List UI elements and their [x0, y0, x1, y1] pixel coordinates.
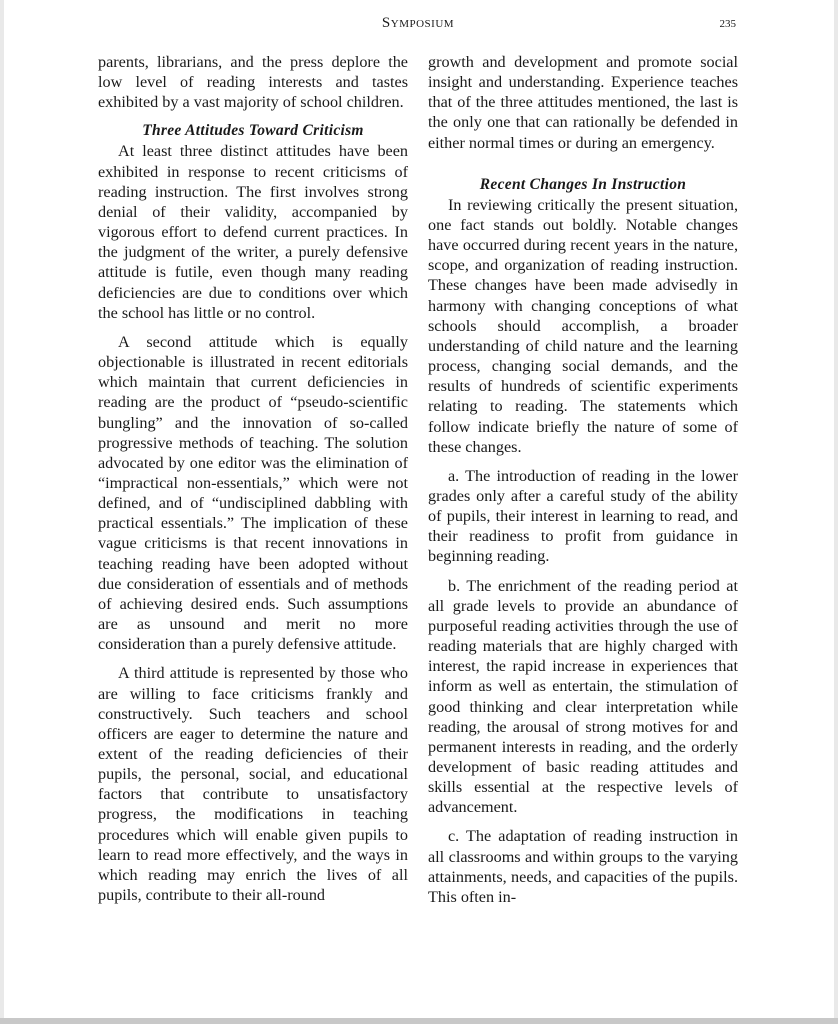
paragraph-recent-changes: In reviewing critically the present situ… [428, 195, 738, 457]
list-item-b: b. The enrichment of the reading period … [428, 576, 738, 818]
viewer-left-border [0, 0, 4, 1024]
section-heading-three-attitudes: Three Attitudes Toward Criticism [98, 121, 408, 141]
paragraph-first-attitude: At least three distinct attitudes have b… [98, 141, 408, 322]
list-item-a: a. The introduction of reading in the lo… [428, 466, 738, 567]
paragraph-third-attitude: A third attitude is represented by those… [98, 663, 408, 905]
page-number: 235 [720, 18, 737, 30]
paragraph-continued: growth and development and promote socia… [428, 52, 738, 153]
left-column: parents, librarians, and the press deplo… [98, 52, 408, 907]
section-heading-recent-changes: Recent Changes In Instruction [428, 175, 738, 195]
paragraph-continued: parents, librarians, and the press deplo… [98, 52, 408, 112]
running-head: Symposium 235 [98, 12, 738, 38]
running-title: Symposium [98, 15, 738, 32]
paragraph-second-attitude: A second attitude which is equally objec… [98, 332, 408, 655]
right-column: growth and development and promote socia… [428, 52, 738, 907]
viewer-right-border [834, 0, 838, 1024]
document-page: Symposium 235 parents, librarians, and t… [98, 12, 738, 907]
list-item-c: c. The adaptation of reading instruction… [428, 826, 738, 907]
viewer-bottom-bar [0, 1018, 838, 1024]
two-column-body: parents, librarians, and the press deplo… [98, 52, 738, 907]
